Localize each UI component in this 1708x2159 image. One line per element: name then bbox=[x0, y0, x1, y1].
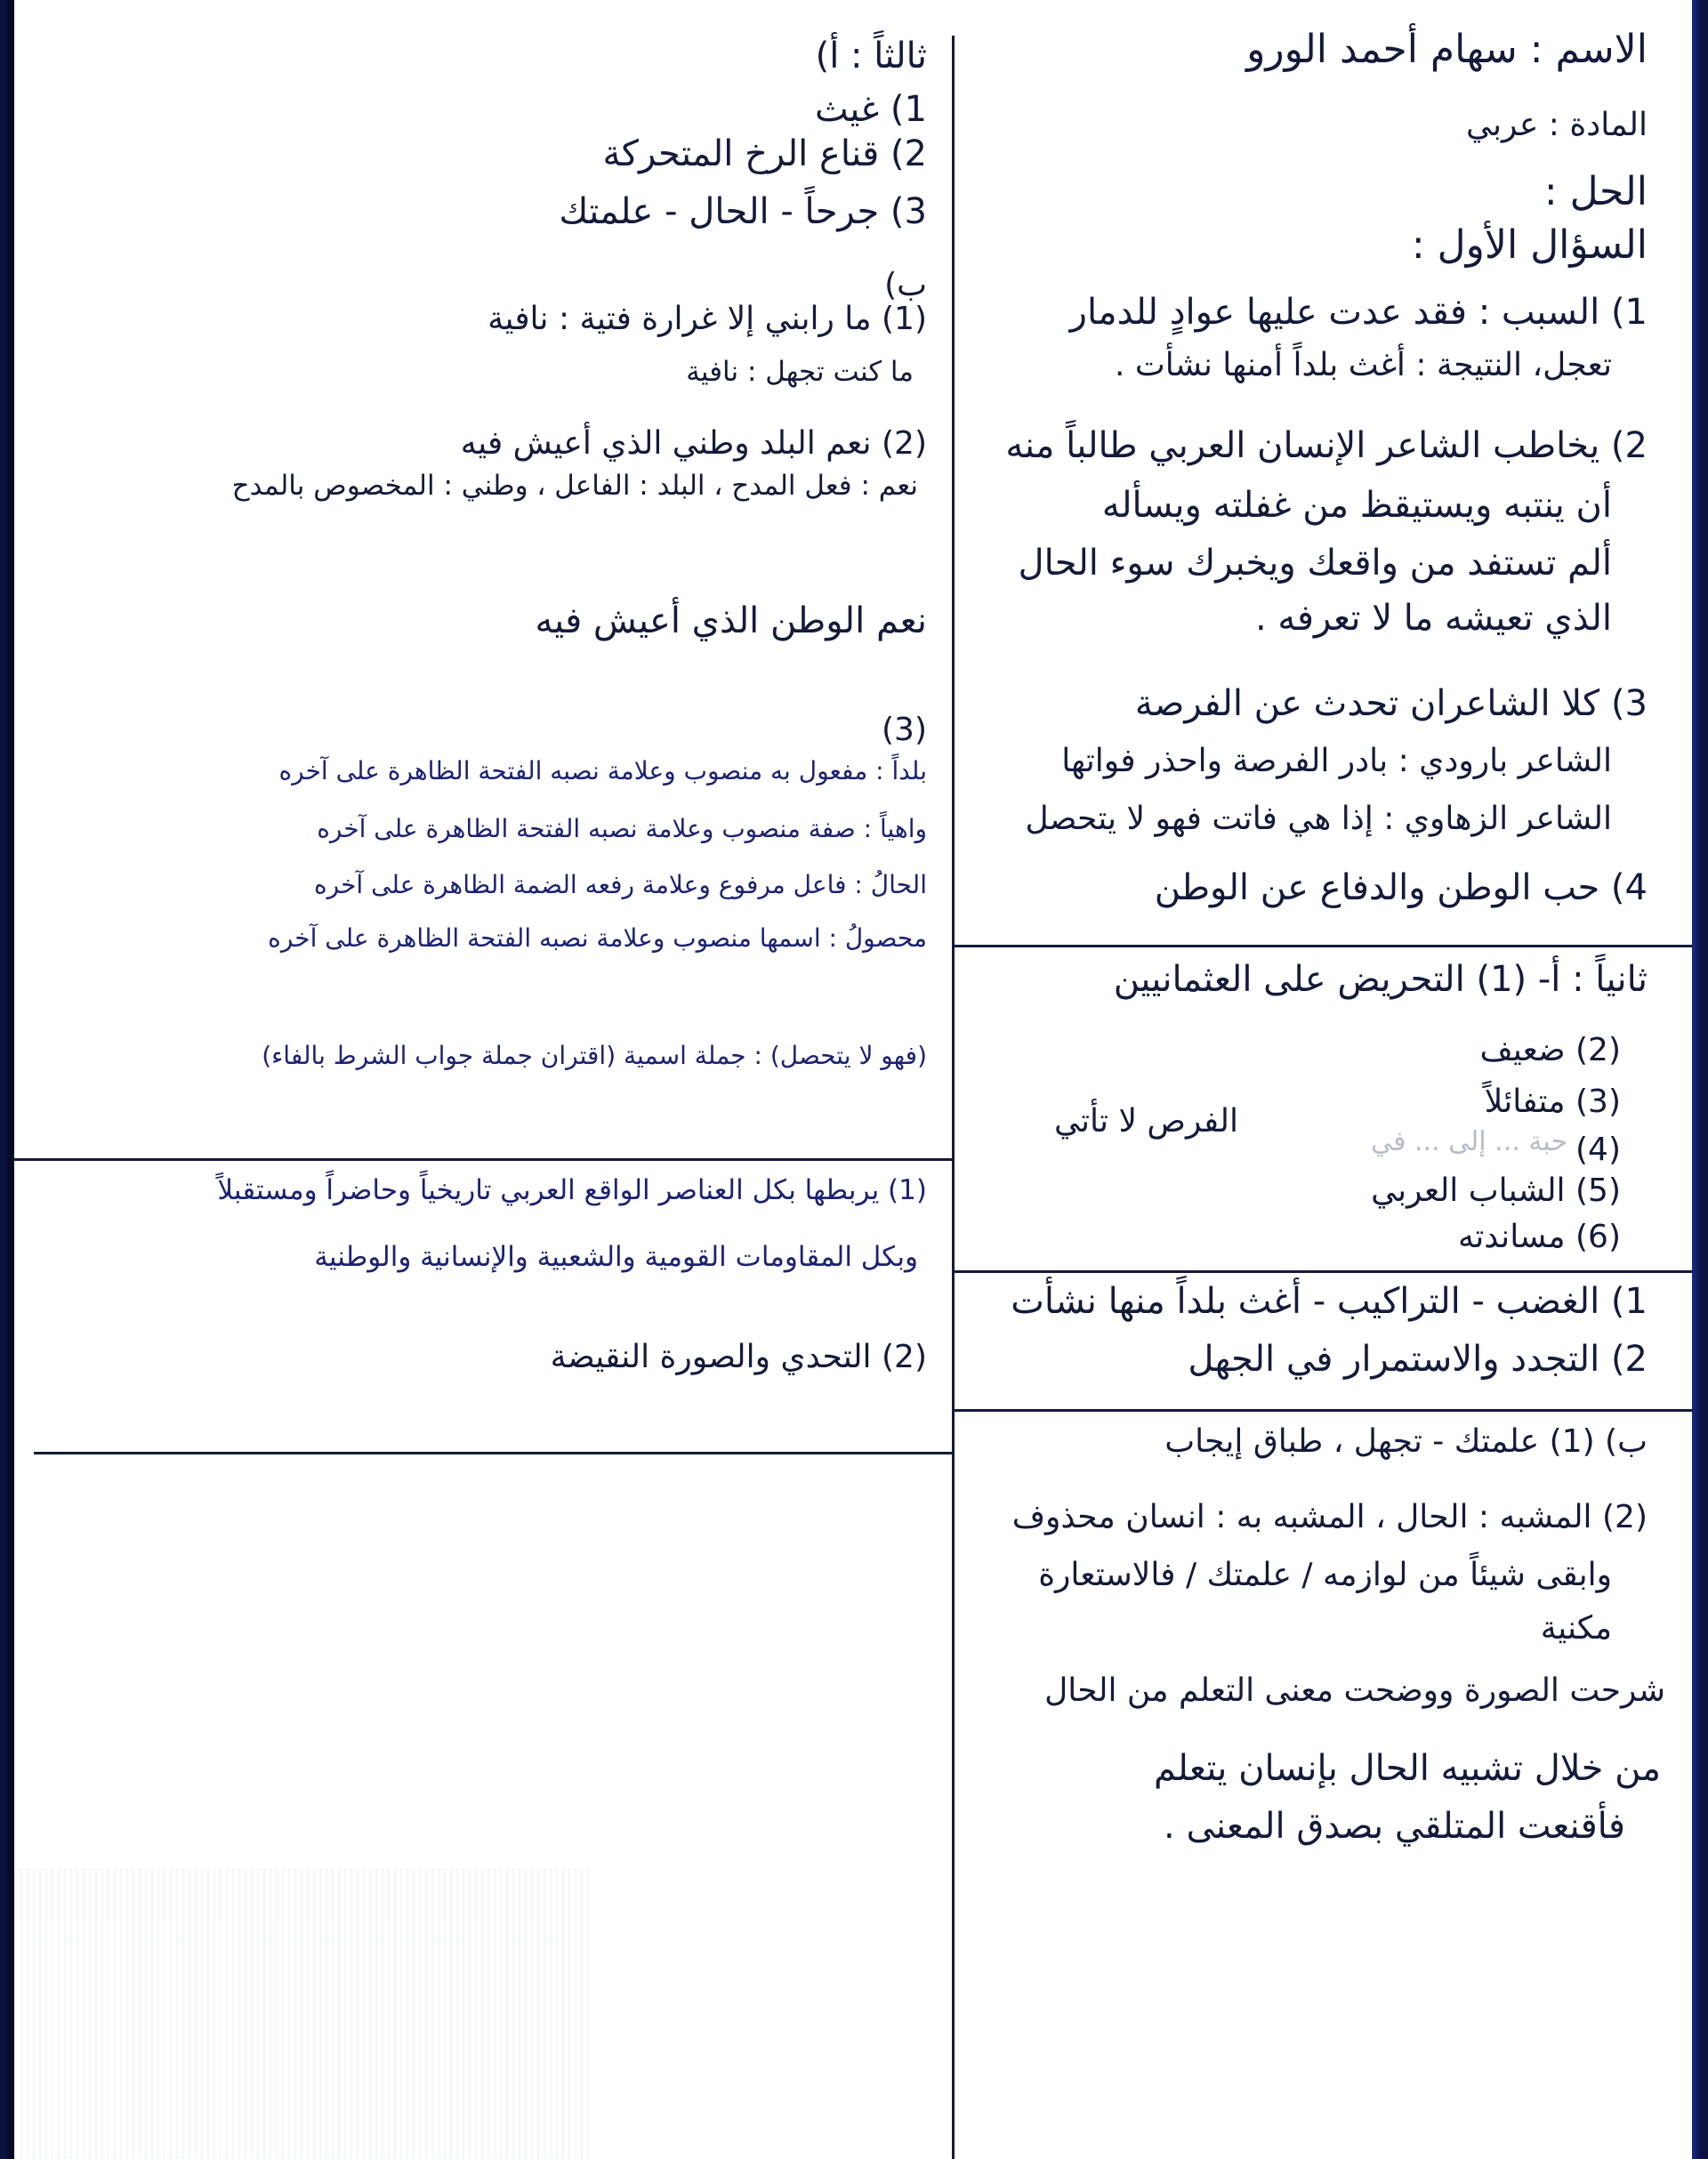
q1-item1-line1: 1) السبب : فقد عدت عليها عوادٍ للدمار bbox=[1070, 292, 1648, 333]
divider-end-left bbox=[34, 1452, 955, 1454]
q1-item4: 4) حب الوطن والدفاع عن الوطن bbox=[1155, 867, 1648, 908]
q2a-item6: (6) مساندته bbox=[1458, 1219, 1621, 1255]
q4-item1-line2: وبكل المقاومات القومية والشعبية والإنسان… bbox=[314, 1241, 918, 1273]
q2c-item2-line2: وابقى شيئاً من لوازمه / علمتك / فالاستعا… bbox=[1038, 1557, 1612, 1593]
q2a-item3: (3) متفائلاً bbox=[1485, 1084, 1621, 1120]
student-name: الاسم : سهام أحمد الورو bbox=[1246, 27, 1648, 72]
q2c-item1: ب) (1) علمتك - تجهل ، طباق إيجاب bbox=[1164, 1423, 1648, 1460]
paper-texture bbox=[14, 1868, 592, 2159]
q2a-item4-faded: حبة ... إلى ... في bbox=[1371, 1126, 1567, 1157]
subject-label: المادة : عربي bbox=[1466, 107, 1648, 143]
q1-item2-line3: ألم تستفد من واقعك ويخبرك سوء الحال bbox=[1019, 543, 1613, 584]
q1-item2-line4: الذي تعيشه ما لا تعرفه . bbox=[1255, 598, 1612, 639]
q3a-item3: 3) جرحاً - الحال - علمتك bbox=[559, 191, 927, 232]
divider-q2b bbox=[955, 1270, 1693, 1273]
q2b-item1: 1) الغضب - التراكيب - أغث بلداً منها نشأ… bbox=[1011, 1281, 1648, 1322]
divider-q2a bbox=[955, 945, 1693, 947]
q2a-item4-number: (4) bbox=[1575, 1132, 1621, 1168]
answer-sheet: الاسم : سهام أحمد الورو المادة : عربي ال… bbox=[7, 0, 1701, 2159]
q2b-item2: 2) التجدد والاستمرار في الجهل bbox=[1188, 1339, 1648, 1380]
q3c-line3: الحالُ : فاعل مرفوع وعلامة رفعه الضمة ال… bbox=[314, 870, 927, 899]
q2a-item4-visible: الفرص لا تأتي bbox=[1054, 1103, 1238, 1140]
q1-item3-line1: 3) كلا الشاعران تحدث عن الفرصة bbox=[1135, 683, 1648, 724]
q1-item2-line1: 2) يخاطب الشاعر الإنسان العربي طالباً من… bbox=[1005, 425, 1648, 466]
q1-item2-line2: أن ينتبه ويستيقظ من غفلته ويسأله bbox=[1102, 485, 1612, 526]
q3b-item1-line1: (1) ما رابني إلا غرارة فتية : نافية bbox=[487, 301, 927, 337]
q2c-item2-line4: شرحت الصورة ووضحت معنى التعلم من الحال bbox=[1044, 1672, 1665, 1709]
divider-q4 bbox=[14, 1158, 953, 1161]
q3a-item1: 1) غيث bbox=[815, 89, 927, 130]
q2a-title: ثانياً : أ- (1) التحريض على العثمانيين bbox=[1114, 959, 1648, 1000]
q3c-line2: واهياً : صفة منصوب وعلامة نصبه الفتحة ال… bbox=[317, 814, 927, 843]
q4-item1-line1: (1) يربطها بكل العناصر الواقع العربي تار… bbox=[217, 1174, 927, 1206]
q3a-title: ثالثاً : أ) bbox=[816, 36, 927, 77]
q3c-line5: (فهو لا يتحصل) : جملة اسمية (اقتران جملة… bbox=[262, 1041, 927, 1070]
q2a-item5: (5) الشباب العربي bbox=[1371, 1172, 1621, 1209]
q3c-line1: بلداً : مفعول به منصوب وعلامة نصبه الفتح… bbox=[278, 756, 927, 785]
q2c-item2-line6: فأقنعت المتلقي بصدق المعنى . bbox=[1164, 1806, 1625, 1847]
q2a-item2: (2) ضعيف bbox=[1479, 1032, 1621, 1068]
right-edge-border bbox=[1692, 0, 1701, 2159]
q3b-item2-line1: (2) نعم البلد وطني الذي أعيش فيه bbox=[461, 425, 927, 462]
q3b-item2-arrow-line: نعم الوطن الذي أعيش فيه bbox=[536, 600, 927, 641]
q2c-item2-line5: من خلال تشبيه الحال بإنسان يتعلم bbox=[1154, 1748, 1661, 1789]
q3a-item2: 2) قناع الرخ المتحركة bbox=[602, 133, 927, 174]
column-divider bbox=[952, 36, 955, 2159]
q2c-item2-line1: (2) المشبه : الحال ، المشبه به : انسان م… bbox=[1012, 1499, 1648, 1535]
q3c-title: (3) bbox=[882, 712, 927, 748]
q3b-title: ب) bbox=[884, 267, 927, 303]
divider-q2c bbox=[955, 1409, 1693, 1412]
q1-item1-line2: تعجل، النتيجة : أغث بلداً أمنها نشأت . bbox=[1115, 347, 1612, 383]
q3b-item1-line2: ما كنت تجهل : نافية bbox=[686, 356, 914, 388]
question1-title: السؤال الأول : bbox=[1412, 222, 1648, 268]
q3b-item2-line2: نعم : فعل المدح ، البلد : الفاعل ، وطني … bbox=[232, 470, 918, 502]
left-edge-border bbox=[7, 0, 14, 2159]
q3c-line4: محصولُ : اسمها منصوب وعلامة نصبه الفتحة … bbox=[268, 923, 927, 953]
solution-label: الحل : bbox=[1544, 169, 1648, 214]
q4-item2: (2) التحدي والصورة النقيضة bbox=[551, 1339, 927, 1375]
q1-item3-line2: الشاعر بارودي : بادر الفرصة واحذر فواتها bbox=[1061, 743, 1612, 779]
q1-item3-line3: الشاعر الزهاوي : إذا هي فاتت فهو لا يتحص… bbox=[1025, 801, 1612, 837]
q2c-item2-line3: مكنية bbox=[1541, 1610, 1612, 1647]
